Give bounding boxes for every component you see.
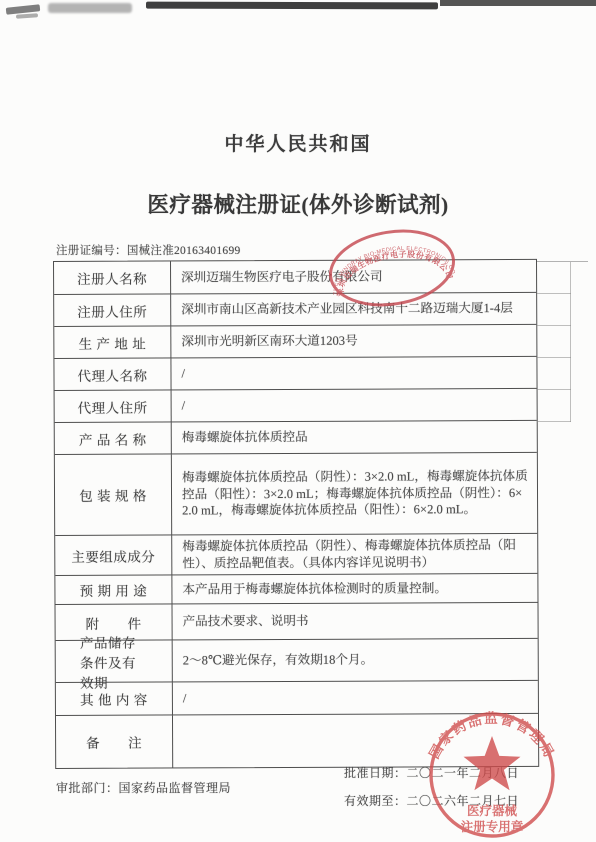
table-row: 其 他 内 容/ xyxy=(56,680,538,715)
row-value: 梅毒螺旋体抗体质控品 xyxy=(172,421,537,454)
scan-line-artifact xyxy=(537,389,571,390)
scan-line-artifact xyxy=(537,421,571,422)
country-title: 中华人民共和国 xyxy=(0,129,596,156)
row-label: 代理人名称 xyxy=(54,358,171,390)
registration-number: 国械注准20163401699 xyxy=(127,245,241,257)
scan-line-artifact xyxy=(537,261,588,262)
row-label: 预 期 用 途 xyxy=(55,575,172,604)
approval-department: 国家药品监督管理局 xyxy=(119,781,232,795)
certificate-page: 中华人民共和国 医疗器械注册证(体外诊断试剂) 注册证编号：国械注准201634… xyxy=(0,0,596,842)
table-row: 主要组成成分梅毒螺旋体抗体质控品（阴性）、梅毒螺旋体抗体质控品（阳性）、质控品靶… xyxy=(55,533,537,575)
valid-until-label: 有效期至： xyxy=(344,794,407,808)
certificate-title: 医疗器械注册证(体外诊断试剂) xyxy=(0,188,596,219)
row-label: 包 装 规 格 xyxy=(55,454,172,535)
row-value: 深圳市南山区高新技术产业园区科技南十二路迈瑞大厦1-4层 xyxy=(171,293,536,326)
row-value: 深圳迈瑞生物医疗电子股份有限公司 xyxy=(171,260,536,294)
approval-date: 二〇二一年二月八日 xyxy=(407,766,520,780)
registration-number-line: 注册证编号：国械注准20163401699 xyxy=(56,242,241,258)
table-row: 备 注 xyxy=(56,713,538,768)
row-value: 本产品用于梅毒螺旋体抗体检测时的质量控制。 xyxy=(172,574,537,604)
registration-number-label: 注册证编号： xyxy=(56,245,127,257)
scan-line-artifact xyxy=(570,262,571,422)
row-value: 产品技术要求、说明书 xyxy=(172,603,537,640)
row-value xyxy=(173,714,538,768)
row-label: 产品储存条件及有效期 xyxy=(56,640,173,682)
approval-date-label: 批准日期： xyxy=(344,766,407,780)
row-value: / xyxy=(172,389,537,422)
row-label: 代理人住所 xyxy=(55,390,172,422)
row-label: 其 他 内 容 xyxy=(56,682,173,715)
table-row: 产 品 名 称梅毒螺旋体抗体质控品 xyxy=(55,420,537,454)
table-row: 代理人名称/ xyxy=(54,356,536,390)
approval-department-line: 审批部门：国家药品监督管理局 xyxy=(56,779,231,796)
row-value: / xyxy=(173,681,538,715)
scan-smudge xyxy=(146,2,438,10)
row-value: 深圳市光明新区南环大道1203号 xyxy=(171,325,536,358)
row-label: 主要组成成分 xyxy=(55,535,172,575)
valid-until: 二〇二六年二月七日 xyxy=(407,794,520,808)
certificate-table: 注册人名称深圳迈瑞生物医疗电子股份有限公司 注册人住所深圳市南山区高新技术产业园… xyxy=(53,259,539,769)
row-label: 生 产 地 址 xyxy=(54,326,171,358)
scan-smudge xyxy=(16,13,38,19)
row-label: 注册人名称 xyxy=(54,261,171,294)
row-value: 梅毒螺旋体抗体质控品（阴性）：3×2.0 mL，梅毒螺旋体抗体质控品（阳性）：3… xyxy=(172,453,537,535)
registry-seal-line2: 注册专用章 xyxy=(461,819,524,834)
row-value: 梅毒螺旋体抗体质控品（阴性）、梅毒螺旋体抗体质控品（阳性）、质控品靶值表。（具体… xyxy=(172,534,537,575)
table-row: 代理人住所/ xyxy=(55,388,537,422)
scan-smudge xyxy=(440,0,596,6)
approval-date-line: 批准日期：二〇二一年二月八日 xyxy=(344,764,519,781)
scan-smudge xyxy=(48,3,132,13)
valid-until-line: 有效期至：二〇二六年二月七日 xyxy=(344,792,519,809)
table-row: 包 装 规 格梅毒螺旋体抗体质控品（阴性）：3×2.0 mL，梅毒螺旋体抗体质控… xyxy=(55,452,537,535)
row-value: / xyxy=(171,357,536,390)
row-label: 产 品 名 称 xyxy=(55,422,172,454)
table-row: 注册人名称深圳迈瑞生物医疗电子股份有限公司 xyxy=(54,260,536,294)
table-row: 生 产 地 址深圳市光明新区南环大道1203号 xyxy=(54,324,536,358)
row-label: 备 注 xyxy=(56,715,173,768)
scan-line-artifact xyxy=(537,357,571,358)
table-row: 产品储存条件及有效期2～8℃避光保存，有效期18个月。 xyxy=(56,638,538,682)
row-label: 注册人住所 xyxy=(54,294,171,326)
scan-line-artifact xyxy=(537,293,571,294)
table-row: 注册人住所深圳市南山区高新技术产业园区科技南十二路迈瑞大厦1-4层 xyxy=(54,292,536,326)
scan-line-artifact xyxy=(537,325,571,326)
approval-department-label: 审批部门： xyxy=(56,781,119,795)
table-row: 预 期 用 途本产品用于梅毒螺旋体抗体检测时的质量控制。 xyxy=(55,573,537,604)
row-value: 2～8℃避光保存，有效期18个月。 xyxy=(173,639,538,682)
